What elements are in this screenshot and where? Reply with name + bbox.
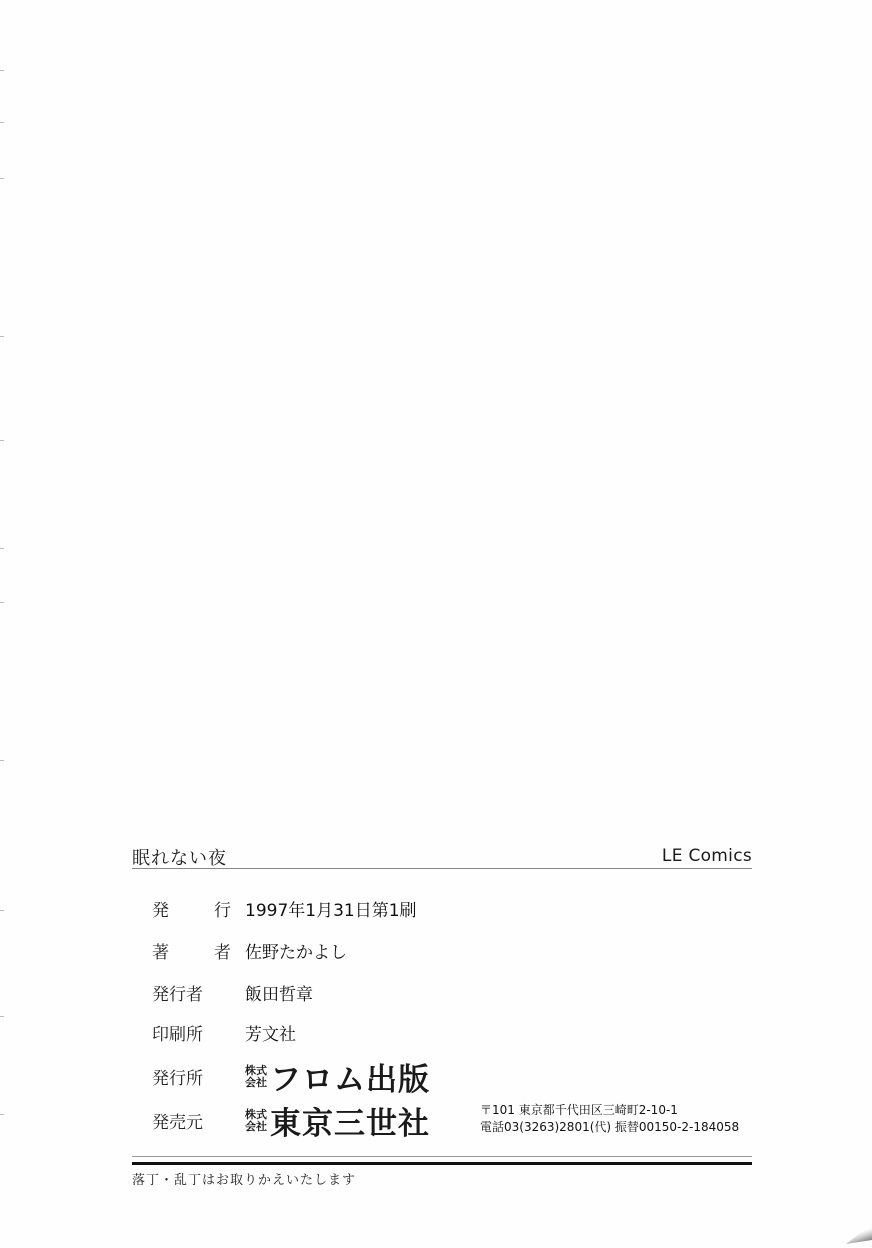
corporation-prefix: 株式 会社 <box>245 1109 267 1133</box>
row-label: 印刷所 <box>152 1020 245 1045</box>
scan-edge-mark <box>0 910 4 911</box>
scan-edge-mark <box>0 1114 4 1115</box>
phone-line: 電話03(3263)2801(代) 振替00150-2-184058 <box>480 1119 739 1136</box>
corporation-prefix-bottom: 会社 <box>245 1121 267 1133</box>
row-publisher-person: 発行者 飯田哲章 <box>152 980 313 1005</box>
row-distributor: 発売元 株式 会社 東京三世社 <box>152 1098 430 1143</box>
divider-top <box>132 868 752 869</box>
row-publication-date: 発 行 1997年1月31日第1刷 <box>152 896 417 921</box>
scan-edge-mark <box>0 1016 4 1017</box>
book-title: 眠れない夜 <box>132 844 227 870</box>
row-publishing-house: 発行所 株式 会社 フロム出版 <box>152 1054 430 1099</box>
printer-name: 芳文社 <box>245 1020 296 1045</box>
scan-edge-mark <box>0 178 4 179</box>
colophon-header: 眠れない夜 LE Comics <box>132 838 752 868</box>
page-corner-curl <box>846 1224 872 1244</box>
row-printer: 印刷所 芳文社 <box>152 1020 296 1045</box>
scan-edge-mark <box>0 336 4 337</box>
row-author: 著 者 佐野たかよし <box>152 938 347 963</box>
row-label: 著 者 <box>152 938 245 963</box>
address-line: 〒101 東京都千代田区三崎町2-10-1 <box>480 1102 739 1119</box>
colophon: 眠れない夜 LE Comics 発 行 1997年1月31日第1刷 著 者 佐野… <box>132 838 752 868</box>
distributor-address: 〒101 東京都千代田区三崎町2-10-1 電話03(3263)2801(代) … <box>480 1102 739 1136</box>
publisher-person-name: 飯田哲章 <box>245 980 313 1005</box>
divider-bottom-thin <box>132 1156 752 1157</box>
imprint-label: LE Comics <box>662 846 752 866</box>
corporation-prefix-bottom: 会社 <box>245 1077 267 1089</box>
corporation-prefix-top: 株式 <box>245 1065 267 1077</box>
scan-edge-mark <box>0 760 4 761</box>
publishing-house-name: フロム出版 <box>270 1054 430 1099</box>
scan-edge-mark <box>0 602 4 603</box>
divider-bottom-thick <box>132 1162 752 1165</box>
scan-edge-mark <box>0 70 4 71</box>
corporation-prefix: 株式 会社 <box>245 1065 267 1089</box>
author-name: 佐野たかよし <box>245 938 347 963</box>
row-label: 発行者 <box>152 980 245 1005</box>
row-label: 発行所 <box>152 1064 245 1089</box>
row-label: 発 行 <box>152 896 245 921</box>
corporation-prefix-top: 株式 <box>245 1109 267 1121</box>
distributor-name: 東京三世社 <box>270 1098 430 1143</box>
publication-date: 1997年1月31日第1刷 <box>245 896 417 921</box>
scan-edge-mark <box>0 122 4 123</box>
replacement-notice: 落丁・乱丁はお取りかえいたします <box>132 1169 356 1188</box>
scan-edge-mark <box>0 548 4 549</box>
scan-edge-mark <box>0 440 4 441</box>
row-label: 発売元 <box>152 1108 245 1133</box>
